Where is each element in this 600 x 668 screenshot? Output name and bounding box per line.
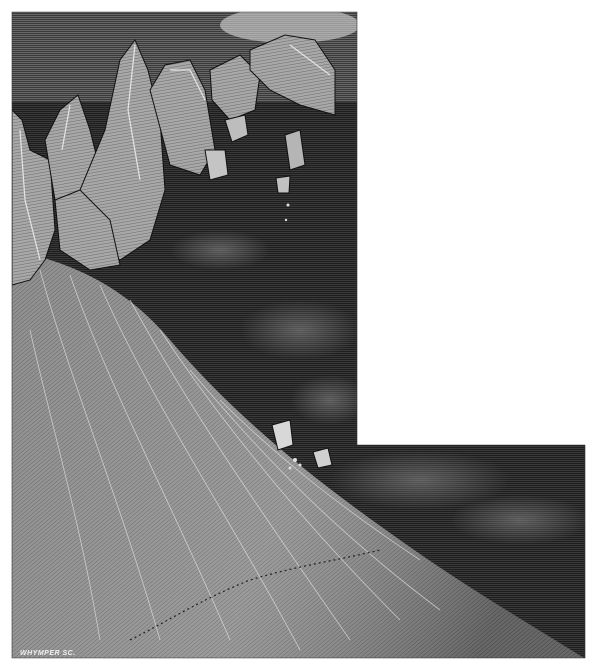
engraver-signature: WHYMPER SC. xyxy=(20,650,76,657)
engraving-illustration xyxy=(0,0,600,668)
